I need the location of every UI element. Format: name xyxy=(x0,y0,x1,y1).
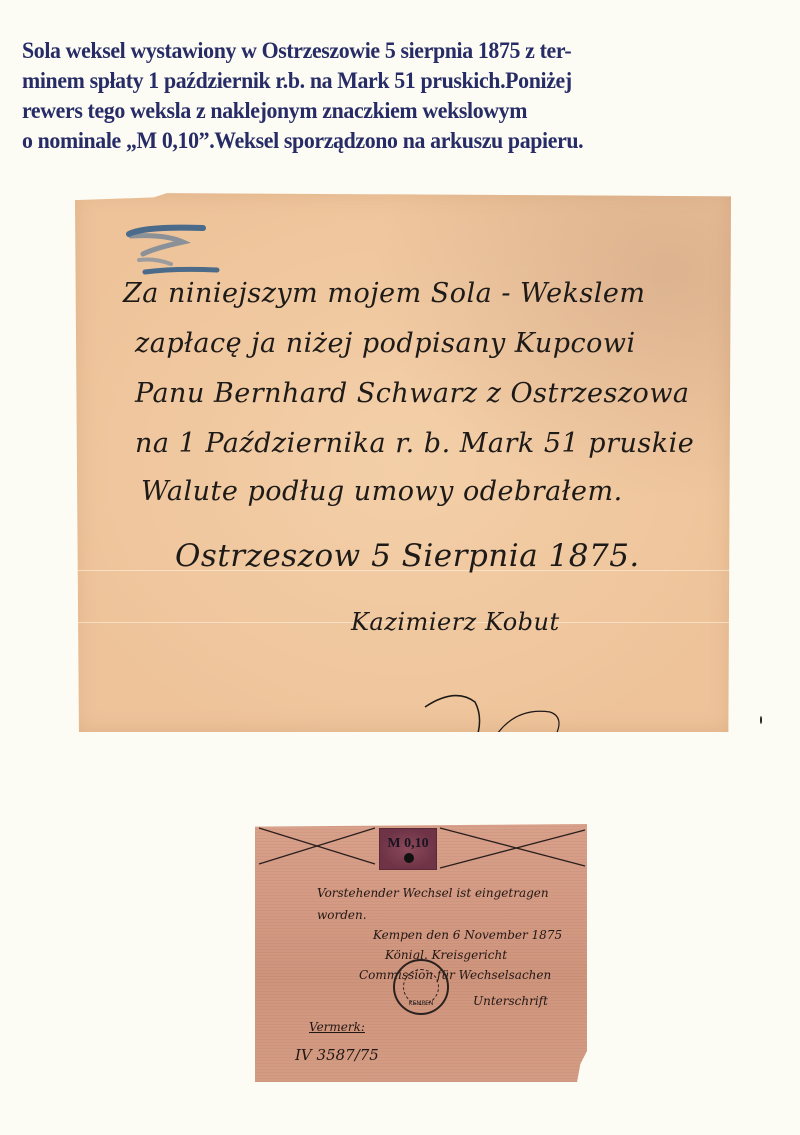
handwriting-line: na 1 Października r. b. Mark 51 pruskie xyxy=(135,428,791,459)
handwriting-line: worden. xyxy=(317,908,367,922)
revenue-stamp: M 0,10 xyxy=(379,828,437,870)
handwriting-line: Königl. Kreisgericht xyxy=(385,948,507,962)
bill-front-document: Za niniejszym mojem Sola - Wekslem zapła… xyxy=(75,192,731,732)
caption-line: rewers tego weksla z naklejonym znaczkie… xyxy=(22,96,729,126)
place-date-line: Ostrzeszow 5 Sierpnia 1875. xyxy=(175,538,800,574)
caption-line: minem spłaty 1 październik r.b. na Mark … xyxy=(22,66,729,96)
handwriting-line: zapłacę ja niżej podpisany Kupcowi xyxy=(135,328,791,359)
handwriting-line: Vorstehender Wechsel ist eingetragen xyxy=(317,886,549,900)
signature: Kazimierz Kobut xyxy=(351,608,800,636)
signature-flourish-icon xyxy=(415,687,565,737)
scan-speck xyxy=(760,716,762,724)
bill-reverse-document: M 0,10 Vorstehender Wechsel ist eingetra… xyxy=(255,824,587,1082)
handwriting-line: Commission für Wechselsachen xyxy=(359,968,551,982)
page-caption: Sola weksel wystawiony w Ostrzeszowie 5 … xyxy=(22,36,729,156)
handwriting-line: Walute podług umowy odebrałem. xyxy=(141,476,797,507)
register-number: IV 3587/75 xyxy=(295,1046,379,1064)
caption-line: o nominale „M 0,10”.Weksel sporządzono n… xyxy=(22,126,729,156)
seal-text: KEMPEN xyxy=(395,1000,447,1007)
handwriting-line: Vermerk: xyxy=(309,1020,365,1034)
handwriting-line: Unterschrift xyxy=(473,994,548,1008)
stamp-value: M 0,10 xyxy=(380,836,436,852)
handwriting-line: Panu Bernhard Schwarz z Ostrzeszowa xyxy=(135,378,791,409)
official-seal: KEMPEN xyxy=(393,959,449,1015)
handwriting-line: Kempen den 6 November 1875 xyxy=(373,928,562,942)
caption-line: Sola weksel wystawiony w Ostrzeszowie 5 … xyxy=(22,36,729,66)
stamp-cancel-mark-icon xyxy=(404,853,414,863)
blue-crayon-mark-icon xyxy=(125,220,225,280)
handwriting-line: Za niniejszym mojem Sola - Wekslem xyxy=(123,278,779,309)
